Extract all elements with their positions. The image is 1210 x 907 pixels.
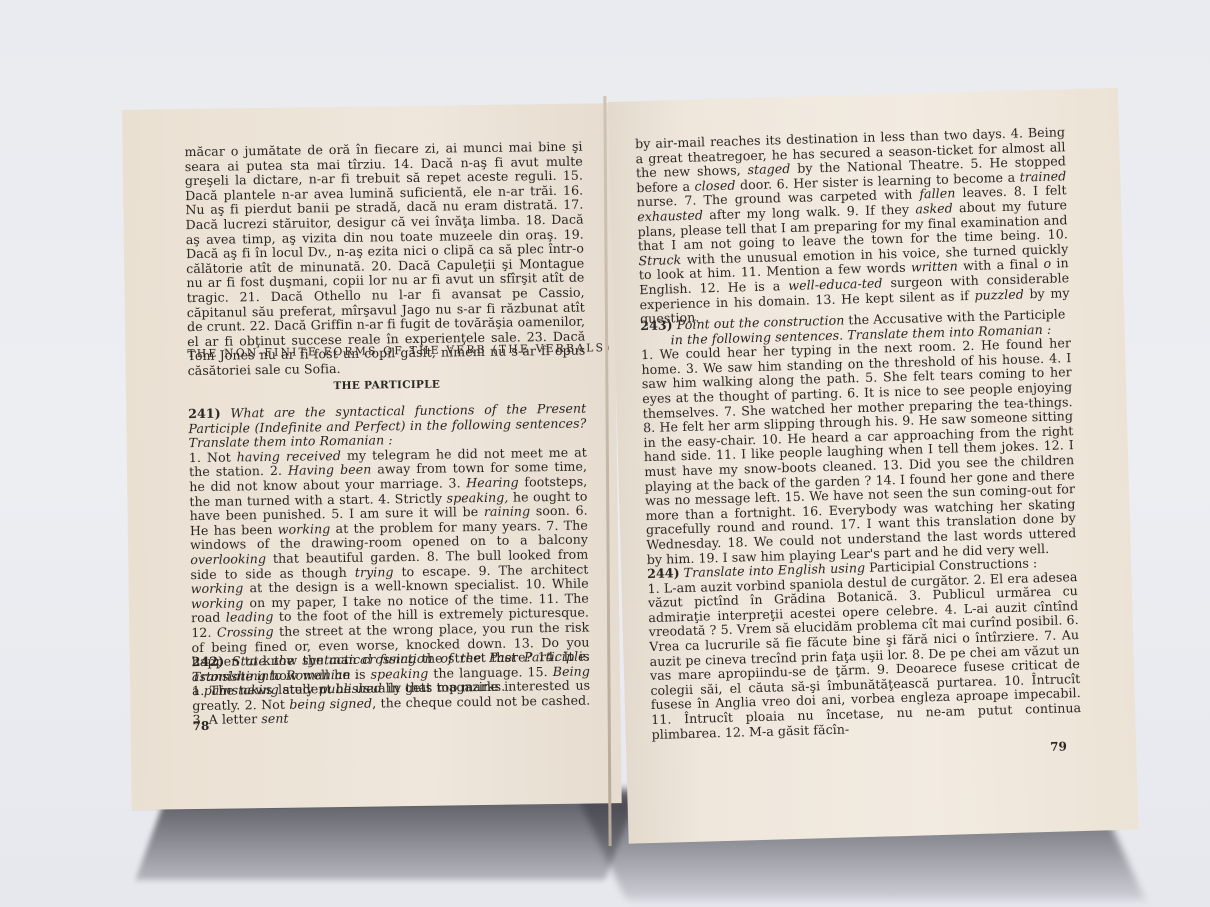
emphasized-term: puzzled [974,286,1024,302]
exercise-243: 243) Point out the construction the Accu… [640,301,1077,567]
emphasized-term: well-educa-ted [788,275,883,293]
emphasized-term: speaking, [447,489,509,505]
emphasized-term: Hearing [466,474,519,490]
page-number-left: 78 [193,719,210,733]
exercise-instruction: What are the syntactical functions of th… [188,401,586,451]
book-shadow-left [135,800,634,880]
emphasized-term: staged [747,161,790,177]
exercise-244: 244) Translate into English using Partic… [647,549,1082,742]
page-number-right: 79 [1050,739,1067,753]
left-page: măcar o jumătate de oră în fiecare zi, a… [122,103,622,810]
exercise-242: 242) State the syntactical function of t… [192,644,591,729]
emphasized-term: raining [484,503,530,519]
right-page-continuation: by air-mail reaches its destination in l… [635,125,1070,327]
exercise-number: 242) [192,654,225,669]
exercise-number: 243) [640,317,673,333]
emphasized-term: exhausted [637,207,703,224]
exercise-241-heading: 241) What are the syntactical functions … [188,402,587,451]
emphasized-term: trained [1019,168,1066,184]
exercise-number: 241) [188,406,221,421]
right-page: by air-mail reaches its destination in l… [608,88,1139,844]
emphasized-term: working [191,580,244,596]
emphasized-term: working [191,595,244,611]
exercise-244-body: 1. L-am auzit vorbind spaniola destul de… [647,570,1081,742]
emphasized-term: Having been [288,462,372,478]
emphasized-term: trying [355,564,394,580]
emphasized-term: sent [261,711,289,726]
exercise-242-body: 1. The news lately published in that mag… [192,679,591,728]
emphasized-term: fallen [919,186,955,202]
emphasized-term: written [911,259,958,275]
emphasized-term: asked [915,200,953,216]
emphasized-term: Crossing [217,624,274,640]
emphasized-term: o [1043,256,1051,271]
emphasized-term: published [319,681,382,697]
emphasized-term: leading [226,609,274,625]
emphasized-term: Struck [638,252,681,268]
exercise-243-body: 1. We could hear her typing in the next … [641,336,1077,567]
subsection-title: THE PARTICIPLE [188,376,586,396]
emphasized-term: being signed [289,695,372,711]
emphasized-term: working [278,521,331,537]
emphasized-term: closed [694,177,735,193]
continuation-paragraph: by air-mail reaches its destination in l… [635,125,1070,327]
exercise-number: 244) [647,565,680,581]
emphasized-term: overlooking [190,551,266,567]
subsection-heading-block: THE PARTICIPLE [188,376,586,396]
